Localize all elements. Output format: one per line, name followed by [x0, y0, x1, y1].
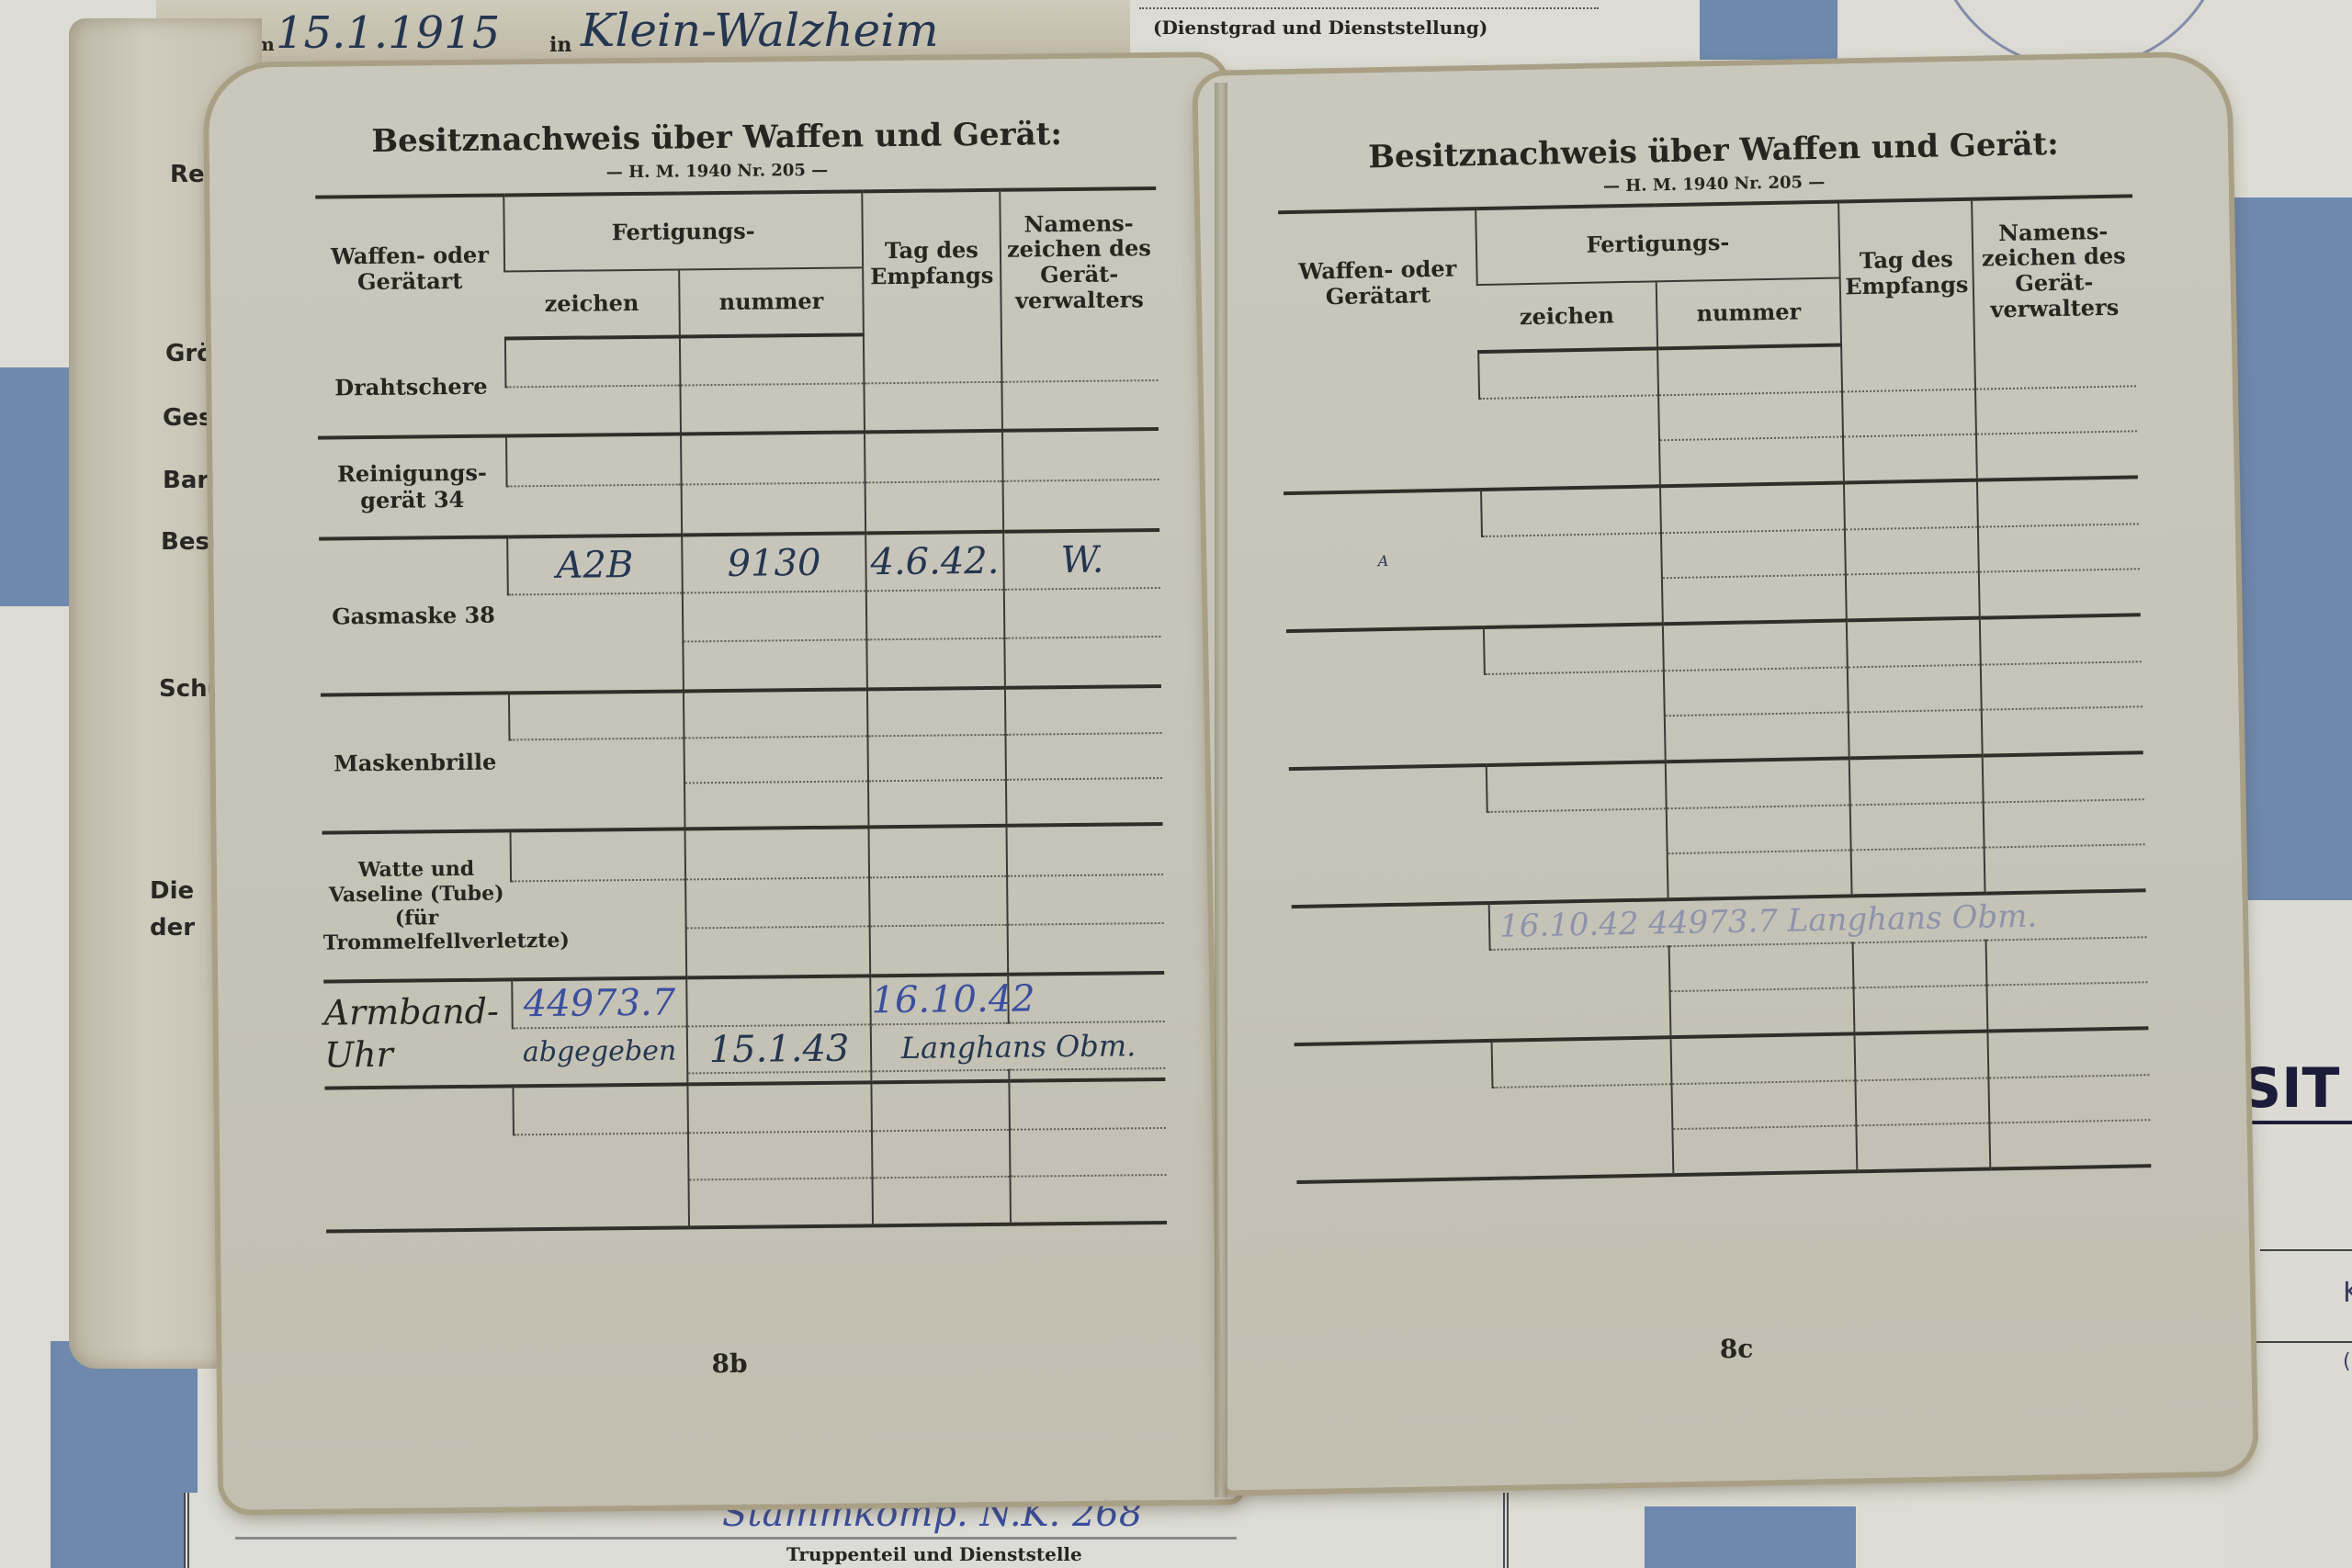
birth-date: 15.1.1915: [276, 7, 500, 59]
background-blue-stripe-top: [1700, 0, 1837, 60]
armbanduhr-returned: abgegeben: [513, 1026, 688, 1075]
col-header-fertigung: Fertigungs-: [503, 191, 863, 271]
left-page-title: Besitznachweis über Waffen und Gerät:: [209, 114, 1224, 162]
col-header-type: Waffen- oder Gerätart: [1278, 209, 1478, 355]
col-header-zeichen: zeichen: [504, 269, 680, 338]
armbanduhr-date: 16.10.42: [870, 975, 1009, 1025]
right-doc-rule: [2242, 1121, 2352, 1124]
row-label-watte-vaseline: Watte und Vaseline (Tube) (für Trommelfe…: [322, 830, 513, 981]
right-mark: A: [1283, 490, 1484, 631]
gasmaske-signature: W.: [1003, 530, 1160, 590]
armbanduhr-return-signature: Langhans Obm.: [871, 1021, 1166, 1071]
table-row: Gasmaske 38 A2B 9130 4.6.42. W.: [319, 530, 1160, 597]
booklet-page-left: Besitznachweis über Waffen und Gerät: — …: [209, 57, 1238, 1509]
col-header-signature: Namens- zeichen des Gerät- verwalters: [1972, 196, 2135, 342]
caption-dotted-line: [1139, 7, 1599, 9]
label-bart: Bart: [163, 467, 220, 494]
table-row: Armband- Uhr 44973.7 16.10.42: [323, 973, 1165, 1031]
booklet-page-right: Besitznachweis über Waffen und Gerät: — …: [1197, 56, 2253, 1490]
background-blue-stripe-bottom-left: [51, 1341, 198, 1568]
book-spine: [1215, 83, 1227, 1497]
gasmaske-date: 4.6.42.: [865, 532, 1004, 592]
right-doc-line-2: [2251, 1341, 2352, 1343]
col-header-fertigung: Fertigungs-: [1476, 202, 1840, 286]
col-header-date: Tag des Empfangs: [862, 190, 1001, 335]
left-page-number: 8b: [221, 1343, 1237, 1384]
rank-caption: (Dienstgrad und Dienststellung): [1153, 17, 1487, 39]
row-label-reinigungsgeraet: Reinigungs- gerät 34: [318, 435, 507, 538]
gasmaske-zeichen: A2B: [507, 535, 683, 594]
right-doc-letter-k: K: [2343, 1277, 2352, 1309]
left-equipment-table: Waffen- oder Gerätart Fertigungs- Tag de…: [315, 186, 1167, 1234]
row-label-gasmaske: Gasmaske 38: [319, 536, 509, 694]
armbanduhr-return-date: 15.1.43: [687, 1024, 872, 1073]
right-doc-heading: SIT: [2242, 1056, 2339, 1121]
table-row: Watte und Vaseline (Tube) (für Trommelfe…: [322, 824, 1164, 884]
col-header-signature: Namens- zeichen des Gerät- verwalters: [1000, 188, 1158, 333]
right-equipment-table: Waffen- oder Gerätart Fertigungs- Tag de…: [1278, 194, 2151, 1184]
birth-place: Klein-Walzheim: [581, 4, 939, 57]
left-page-subtitle: — H. M. 1940 Nr. 205 —: [209, 156, 1225, 186]
table-row: Drahtschere: [317, 332, 1159, 389]
right-page-number: 8c: [1222, 1324, 2251, 1373]
unit-underline: [235, 1537, 1237, 1540]
table-row: Reinigungs- gerät 34: [318, 429, 1159, 489]
row-label-armbanduhr: Armband- Uhr: [323, 979, 513, 1088]
in-prefix: in: [549, 33, 571, 57]
armbanduhr-zeichen: 44973.7: [512, 977, 687, 1028]
unit-caption: Truppenteil und Dienststelle: [786, 1543, 1082, 1565]
col-header-zeichen: zeichen: [1477, 281, 1657, 352]
gasmaske-nummer: 9130: [682, 533, 866, 592]
label-der: der: [150, 914, 195, 942]
table-row: [324, 1079, 1166, 1137]
background-blue-stripe-bottom-right: [1645, 1506, 1856, 1568]
right-doc-letter-n: (N: [2343, 1350, 2352, 1373]
label-die: Die: [150, 877, 194, 905]
col-header-nummer: nummer: [1657, 278, 1841, 349]
right-doc-line-1: [2260, 1249, 2352, 1251]
row-label-drahtschere: Drahtschere: [317, 338, 506, 437]
row-label-maskenbrille: Maskenbrille: [321, 693, 511, 832]
col-header-date: Tag des Empfangs: [1838, 199, 1974, 345]
row-label-empty: [324, 1086, 514, 1231]
col-header-type: Waffen- oder Gerätart: [315, 195, 505, 340]
col-header-nummer: nummer: [679, 267, 864, 336]
